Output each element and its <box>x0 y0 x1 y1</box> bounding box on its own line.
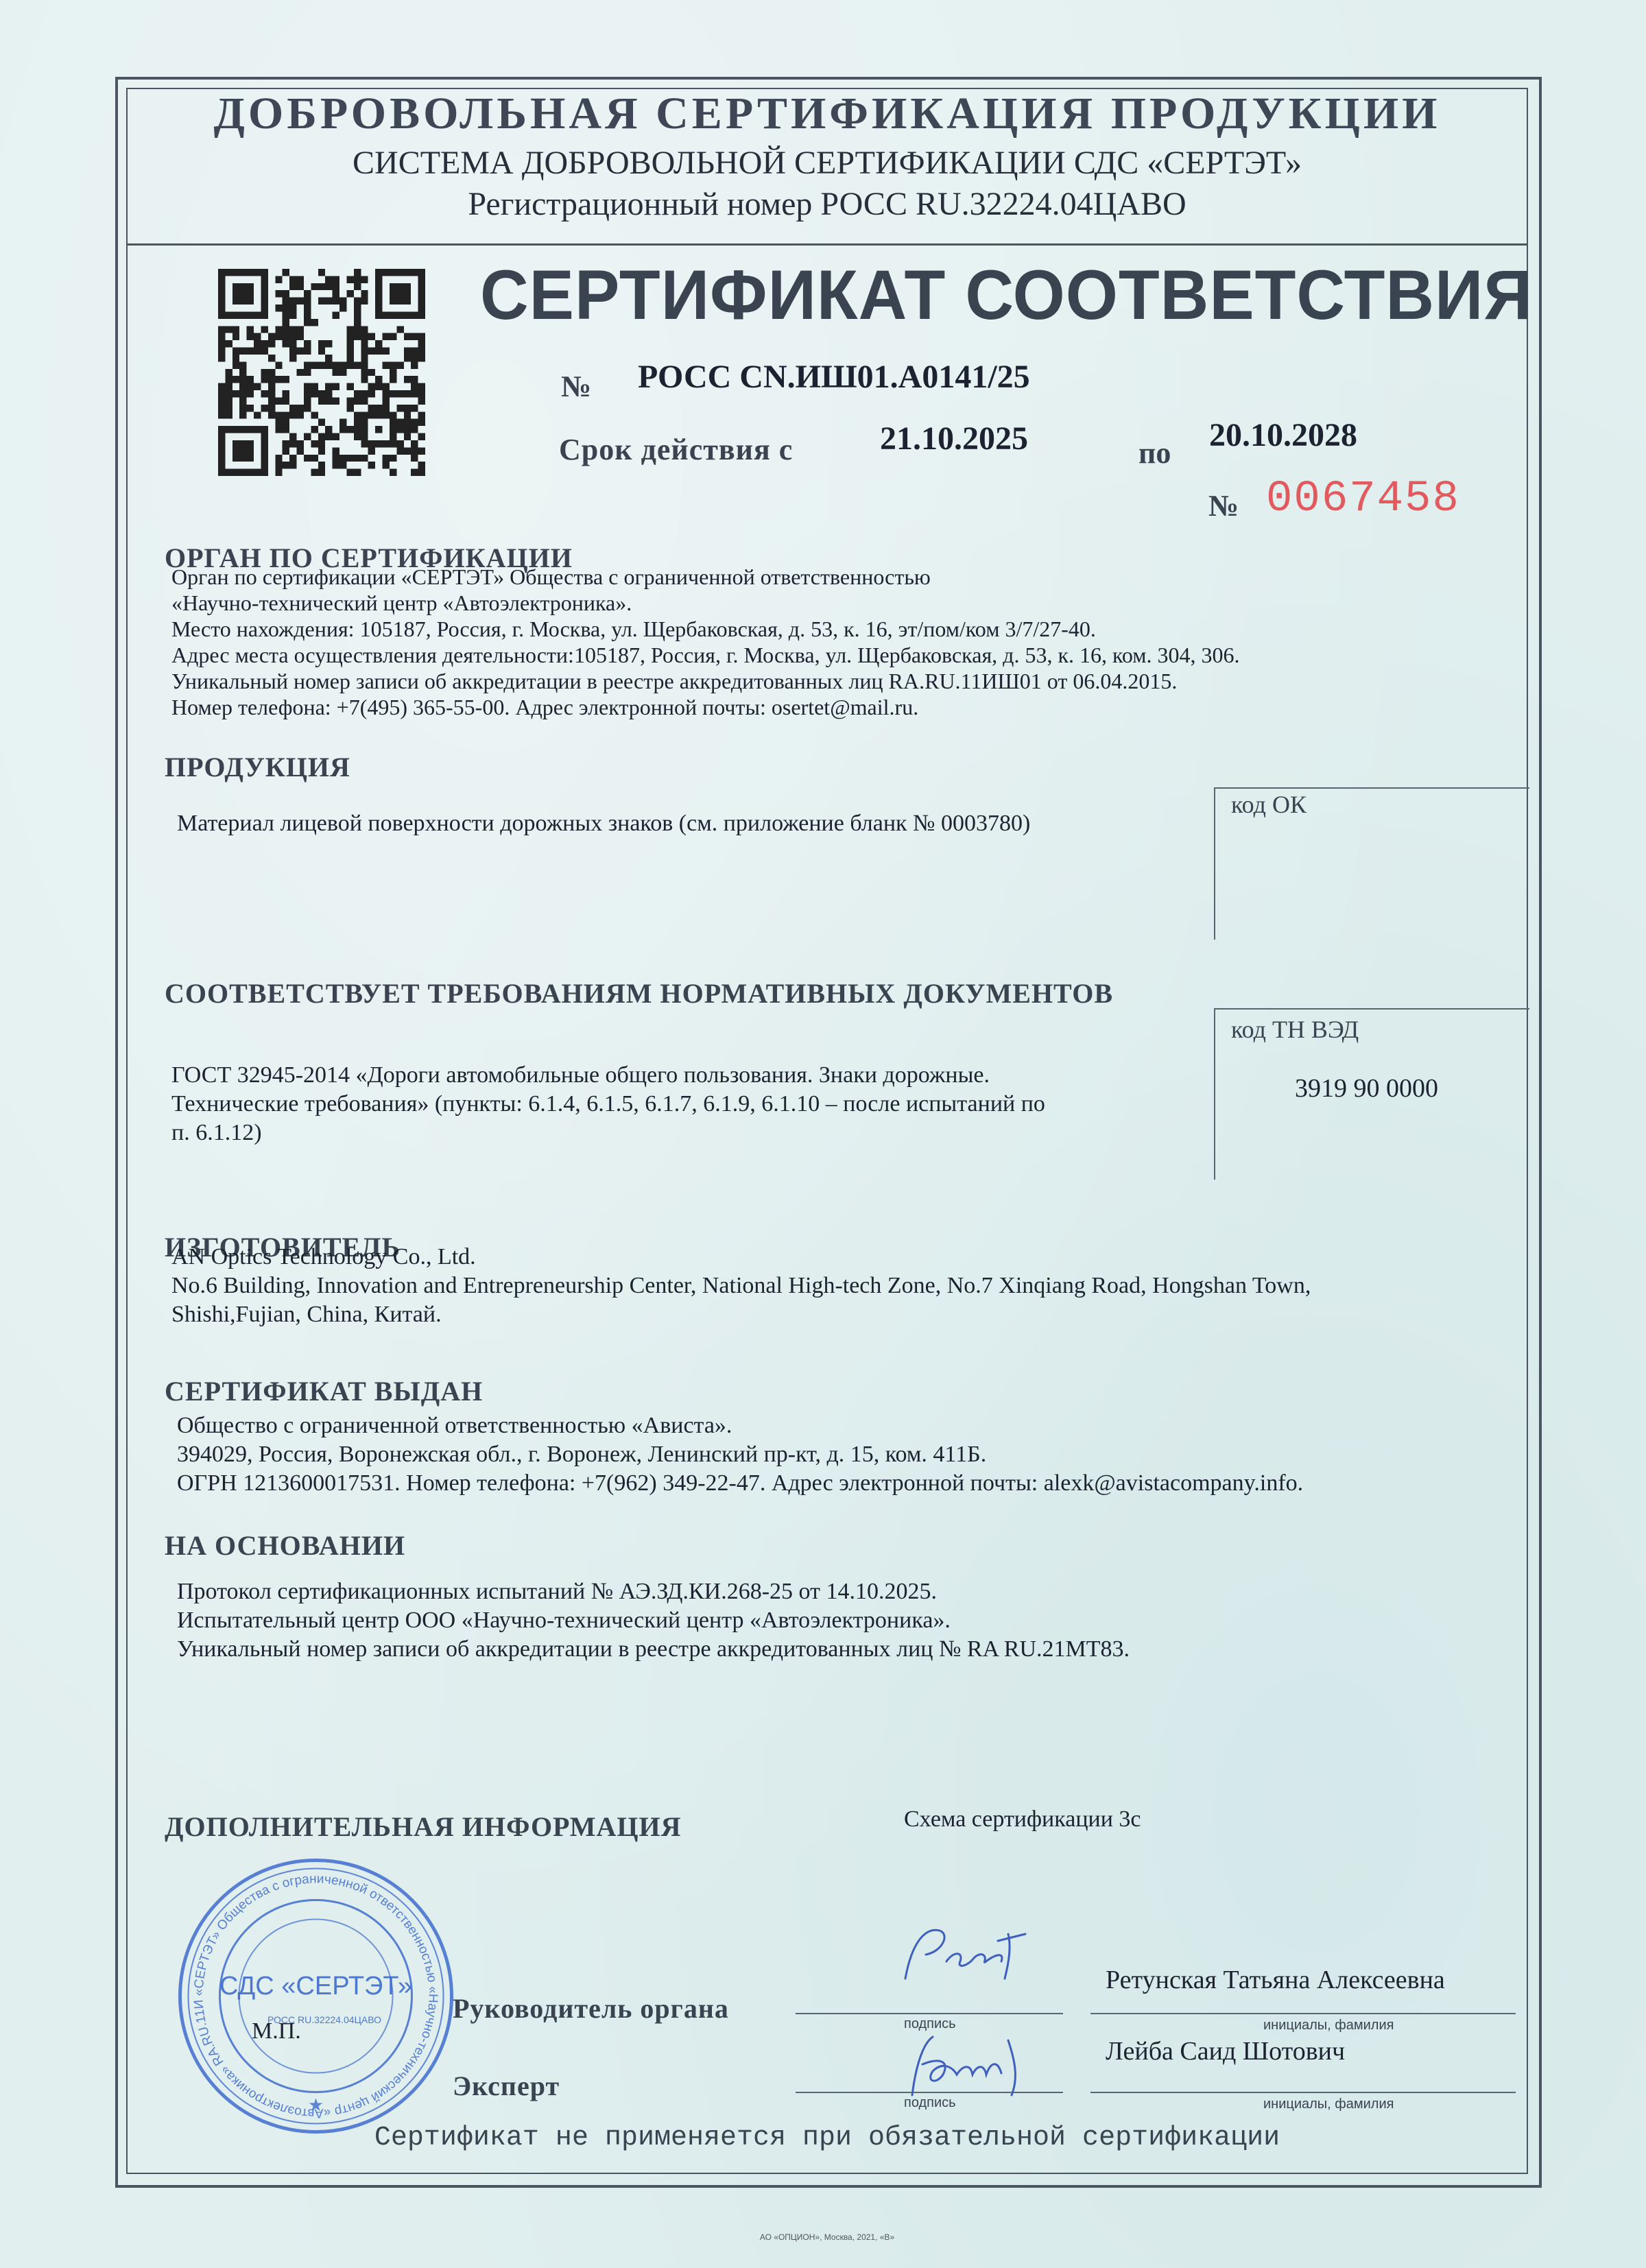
footer-note: Сертификат не применяется при обязательн… <box>126 2123 1528 2153</box>
manufacturer-line: AN Optics Technology Co., Ltd. <box>171 1243 1311 1272</box>
certificate-title: СЕРТИФИКАТ СООТВЕТСТВИЯ <box>480 255 1533 335</box>
requirements-line: ГОСТ 32945-2014 «Дороги автомобильные об… <box>171 1061 1045 1090</box>
expert-name-caption: инициалы, фамилия <box>1263 2097 1394 2112</box>
head-signature-icon <box>885 1913 1049 1989</box>
certificate-number: РОСС CN.ИШ01.А0141/25 <box>638 358 1030 396</box>
issued-to-text: Общество с ограниченной ответственностью… <box>177 1411 1303 1498</box>
code-tnved-box-top <box>1214 1008 1529 1010</box>
section-heading-product: ПРОДУКЦИЯ <box>165 751 350 783</box>
certification-body-text: Орган по сертификации «СЕРТЭТ» Общества … <box>171 564 1240 720</box>
requirements-line: Технические требования» (пункты: 6.1.4, … <box>171 1090 1045 1119</box>
expert-role-label: Эксперт <box>453 2070 560 2102</box>
code-tnved-box-left <box>1214 1008 1215 1180</box>
section-heading-additional-info: ДОПОЛНИТЕЛЬНАЯ ИНФОРМАЦИЯ <box>165 1811 681 1843</box>
manufacturer-line: Shishi,Fujian, China, Китай. <box>171 1300 1311 1329</box>
expert-signature-icon <box>885 2027 1049 2102</box>
header-divider <box>126 243 1528 246</box>
head-name: Ретунская Татьяна Алексеевна <box>1106 1966 1445 1994</box>
requirements-text: ГОСТ 32945-2014 «Дороги автомобильные об… <box>171 1061 1045 1147</box>
blank-serial-number: 0067458 <box>1266 475 1460 524</box>
product-description: Материал лицевой поверхности дорожных зн… <box>177 809 1030 838</box>
validity-label: Срок действия с <box>559 432 793 467</box>
manufacturer-text: AN Optics Technology Co., Ltd. No.6 Buil… <box>171 1243 1311 1329</box>
code-ok-box-top <box>1214 787 1529 789</box>
head-name-line <box>1090 2013 1516 2014</box>
printer-imprint: АО «ОПЦИОН», Москва, 2021, «В» <box>126 2232 1528 2242</box>
header-registration-number: Регистрационный номер РОСС RU.32224.04ЦА… <box>126 185 1528 223</box>
issued-to-line: Общество с ограниченной ответственностью… <box>177 1411 1303 1440</box>
stamp-seal-icon: «СЕРТЭТ» Общества с ограниченной ответст… <box>177 1857 455 2135</box>
valid-to-date: 20.10.2028 <box>1209 416 1357 454</box>
expert-name-line <box>1090 2092 1516 2093</box>
basis-line: Протокол сертификационных испытаний № АЭ… <box>177 1577 1130 1606</box>
code-tnved-label: код ТН ВЭД <box>1231 1015 1359 1044</box>
certification-body-line: Место нахождения: 105187, Россия, г. Мос… <box>171 616 1240 642</box>
qr-code-icon[interactable] <box>218 269 425 476</box>
code-ok-label: код ОК <box>1231 790 1307 819</box>
certification-body-line: Уникальный номер записи об аккредитации … <box>171 668 1240 694</box>
section-heading-issued-to: СЕРТИФИКАТ ВЫДАН <box>165 1375 483 1407</box>
head-name-caption: инициалы, фамилия <box>1263 2018 1394 2033</box>
certification-body-line: «Научно-технический центр «Автоэлектрони… <box>171 590 1240 616</box>
issued-to-line: 394029, Россия, Воронежская обл., г. Вор… <box>177 1440 1303 1469</box>
certificate-number-label: № <box>561 369 591 404</box>
valid-to-label: по <box>1138 435 1171 470</box>
section-heading-basis: НА ОСНОВАНИИ <box>165 1529 405 1562</box>
expert-name: Лейба Саид Шотович <box>1106 2037 1345 2066</box>
header-voluntary-certification: ДОБРОВОЛЬНАЯ СЕРТИФИКАЦИЯ ПРОДУКЦИИ <box>126 88 1528 140</box>
certification-body-line: Орган по сертификации «СЕРТЭТ» Общества … <box>171 564 1240 590</box>
code-ok-box-left <box>1214 787 1215 940</box>
head-role-label: Руководитель органа <box>453 1992 729 2025</box>
basis-line: Испытательный центр ООО «Научно-техничес… <box>177 1606 1130 1635</box>
svg-text:СДС «СЕРТЭТ»: СДС «СЕРТЭТ» <box>219 1972 412 2001</box>
section-heading-requirements: СООТВЕТСТВУЕТ ТРЕБОВАНИЯМ НОРМАТИВНЫХ ДО… <box>165 977 1113 1010</box>
svg-text:★: ★ <box>308 2095 324 2115</box>
certification-body-line: Адрес места осуществления деятельности:1… <box>171 642 1240 668</box>
requirements-line: п. 6.1.12) <box>171 1119 1045 1147</box>
seal-place-label: М.П. <box>252 2018 301 2044</box>
basis-text: Протокол сертификационных испытаний № АЭ… <box>177 1577 1130 1664</box>
header-certification-system: СИСТЕМА ДОБРОВОЛЬНОЙ СЕРТИФИКАЦИИ СДС «С… <box>126 144 1528 182</box>
certification-scheme: Схема сертификации 3с <box>904 1805 1141 1834</box>
valid-from-date: 21.10.2025 <box>880 420 1028 457</box>
certification-body-line: Номер телефона: +7(495) 365-55-00. Адрес… <box>171 694 1240 720</box>
issued-to-line: ОГРН 1213600017531. Номер телефона: +7(9… <box>177 1469 1303 1498</box>
basis-line: Уникальный номер записи об аккредитации … <box>177 1635 1130 1664</box>
blank-number-label: № <box>1208 488 1239 523</box>
code-tnved-value: 3919 90 0000 <box>1295 1073 1438 1103</box>
head-signature-line <box>796 2013 1063 2014</box>
manufacturer-line: No.6 Building, Innovation and Entreprene… <box>171 1272 1311 1300</box>
